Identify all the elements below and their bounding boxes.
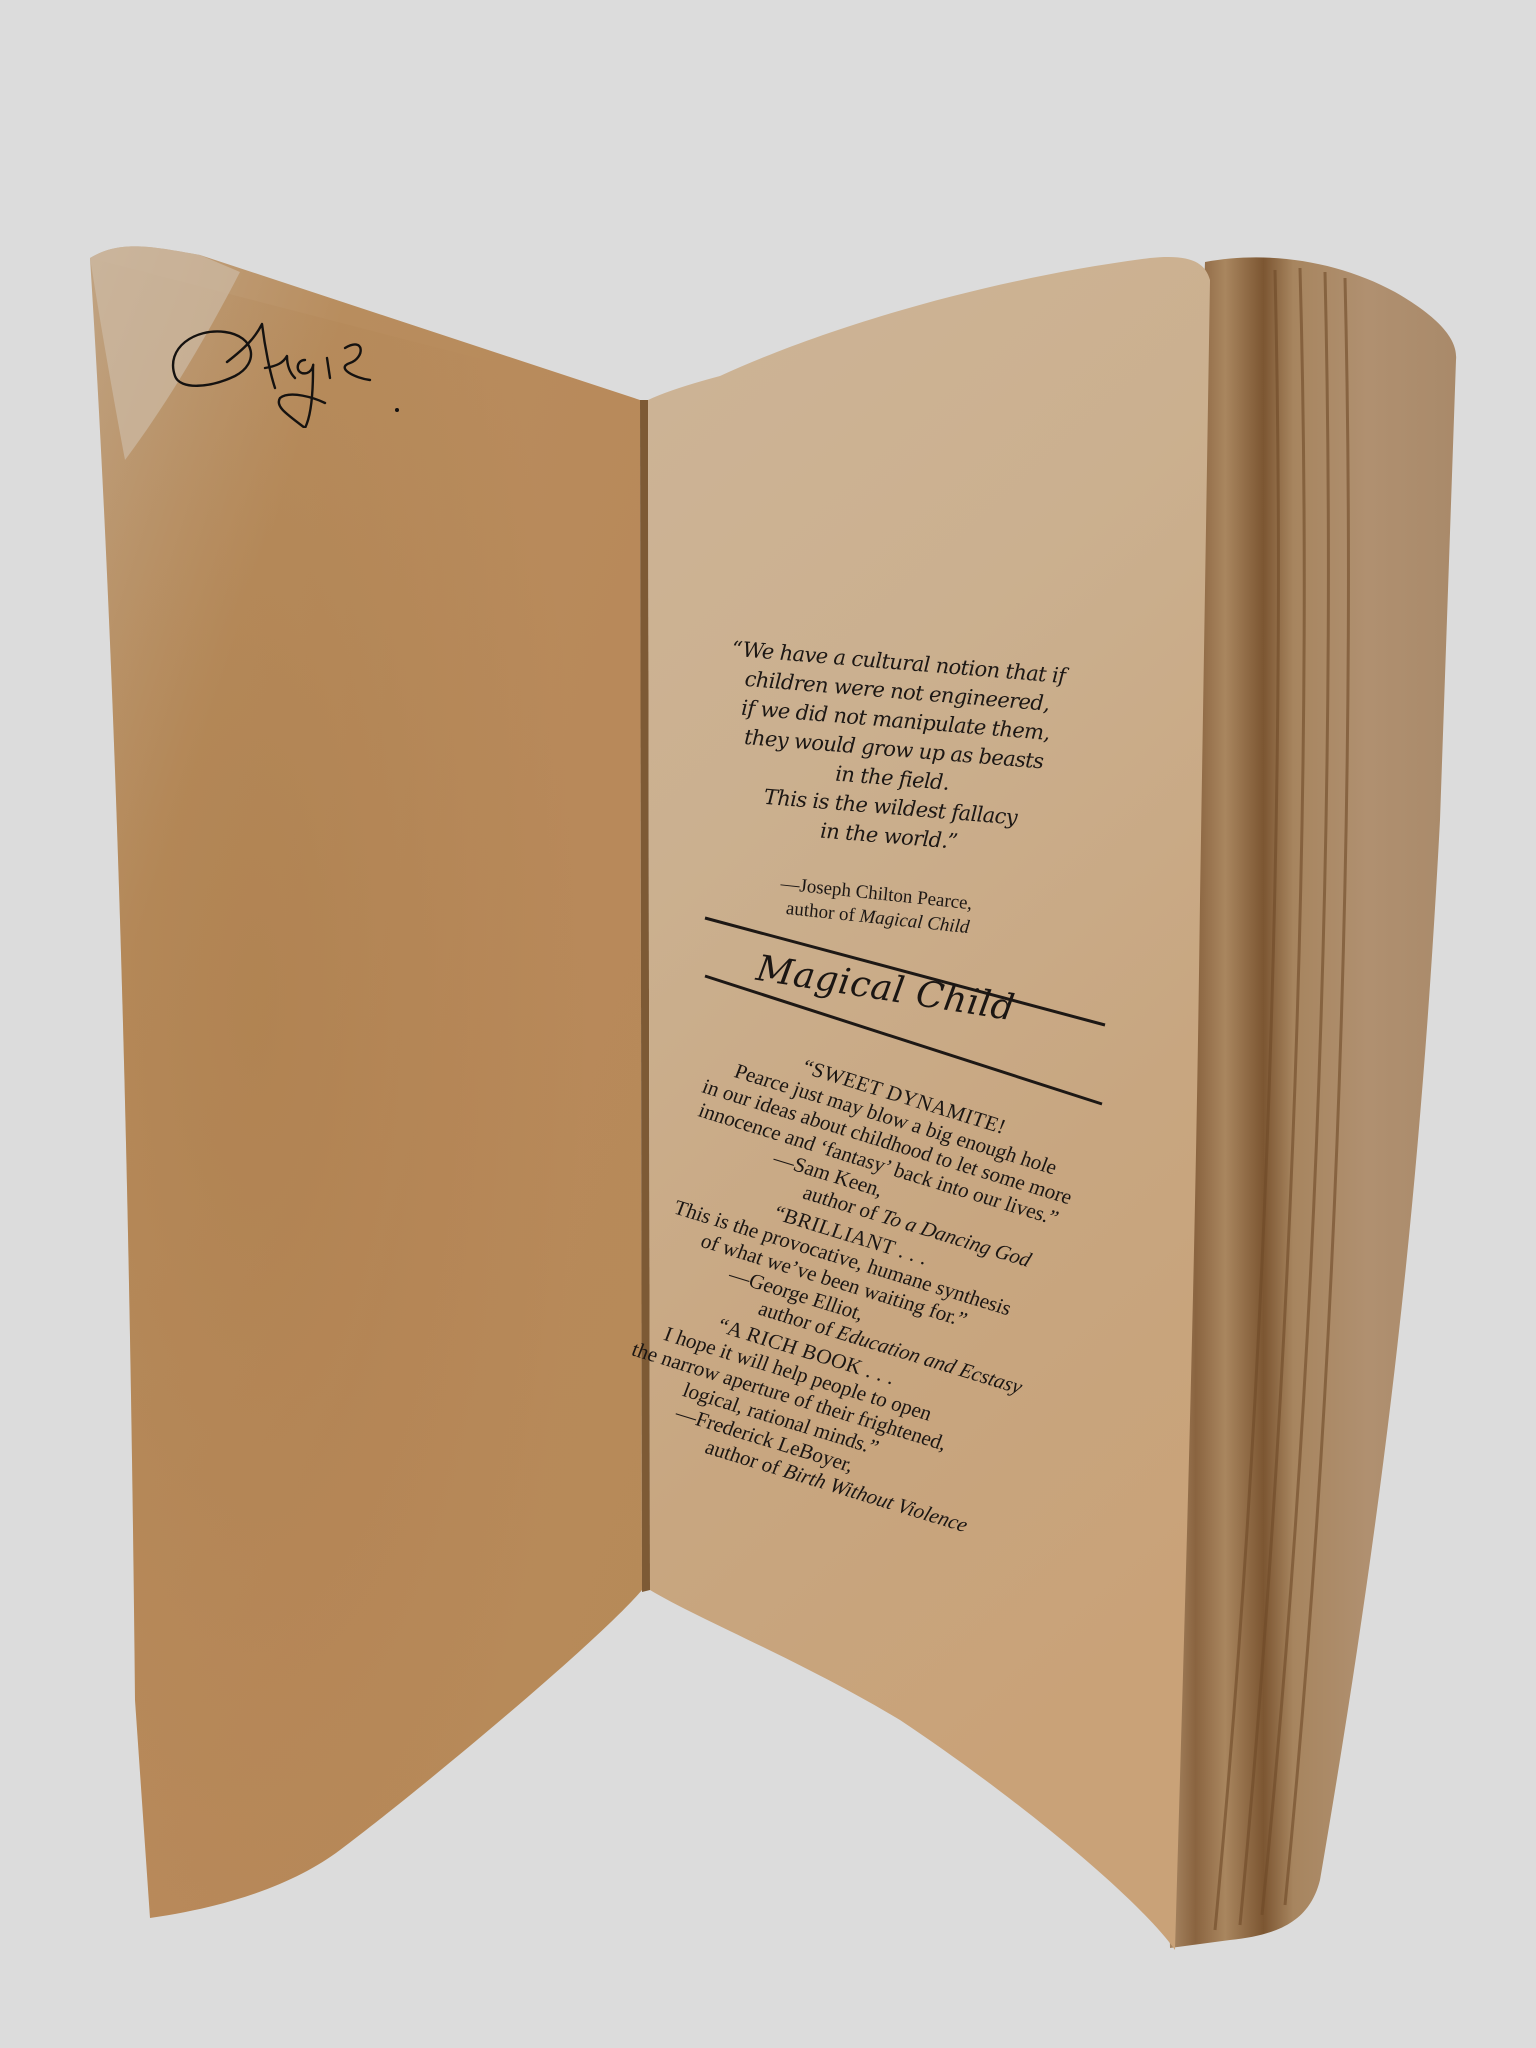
right-page	[648, 257, 1210, 1950]
open-book-photo	[0, 0, 1536, 2048]
